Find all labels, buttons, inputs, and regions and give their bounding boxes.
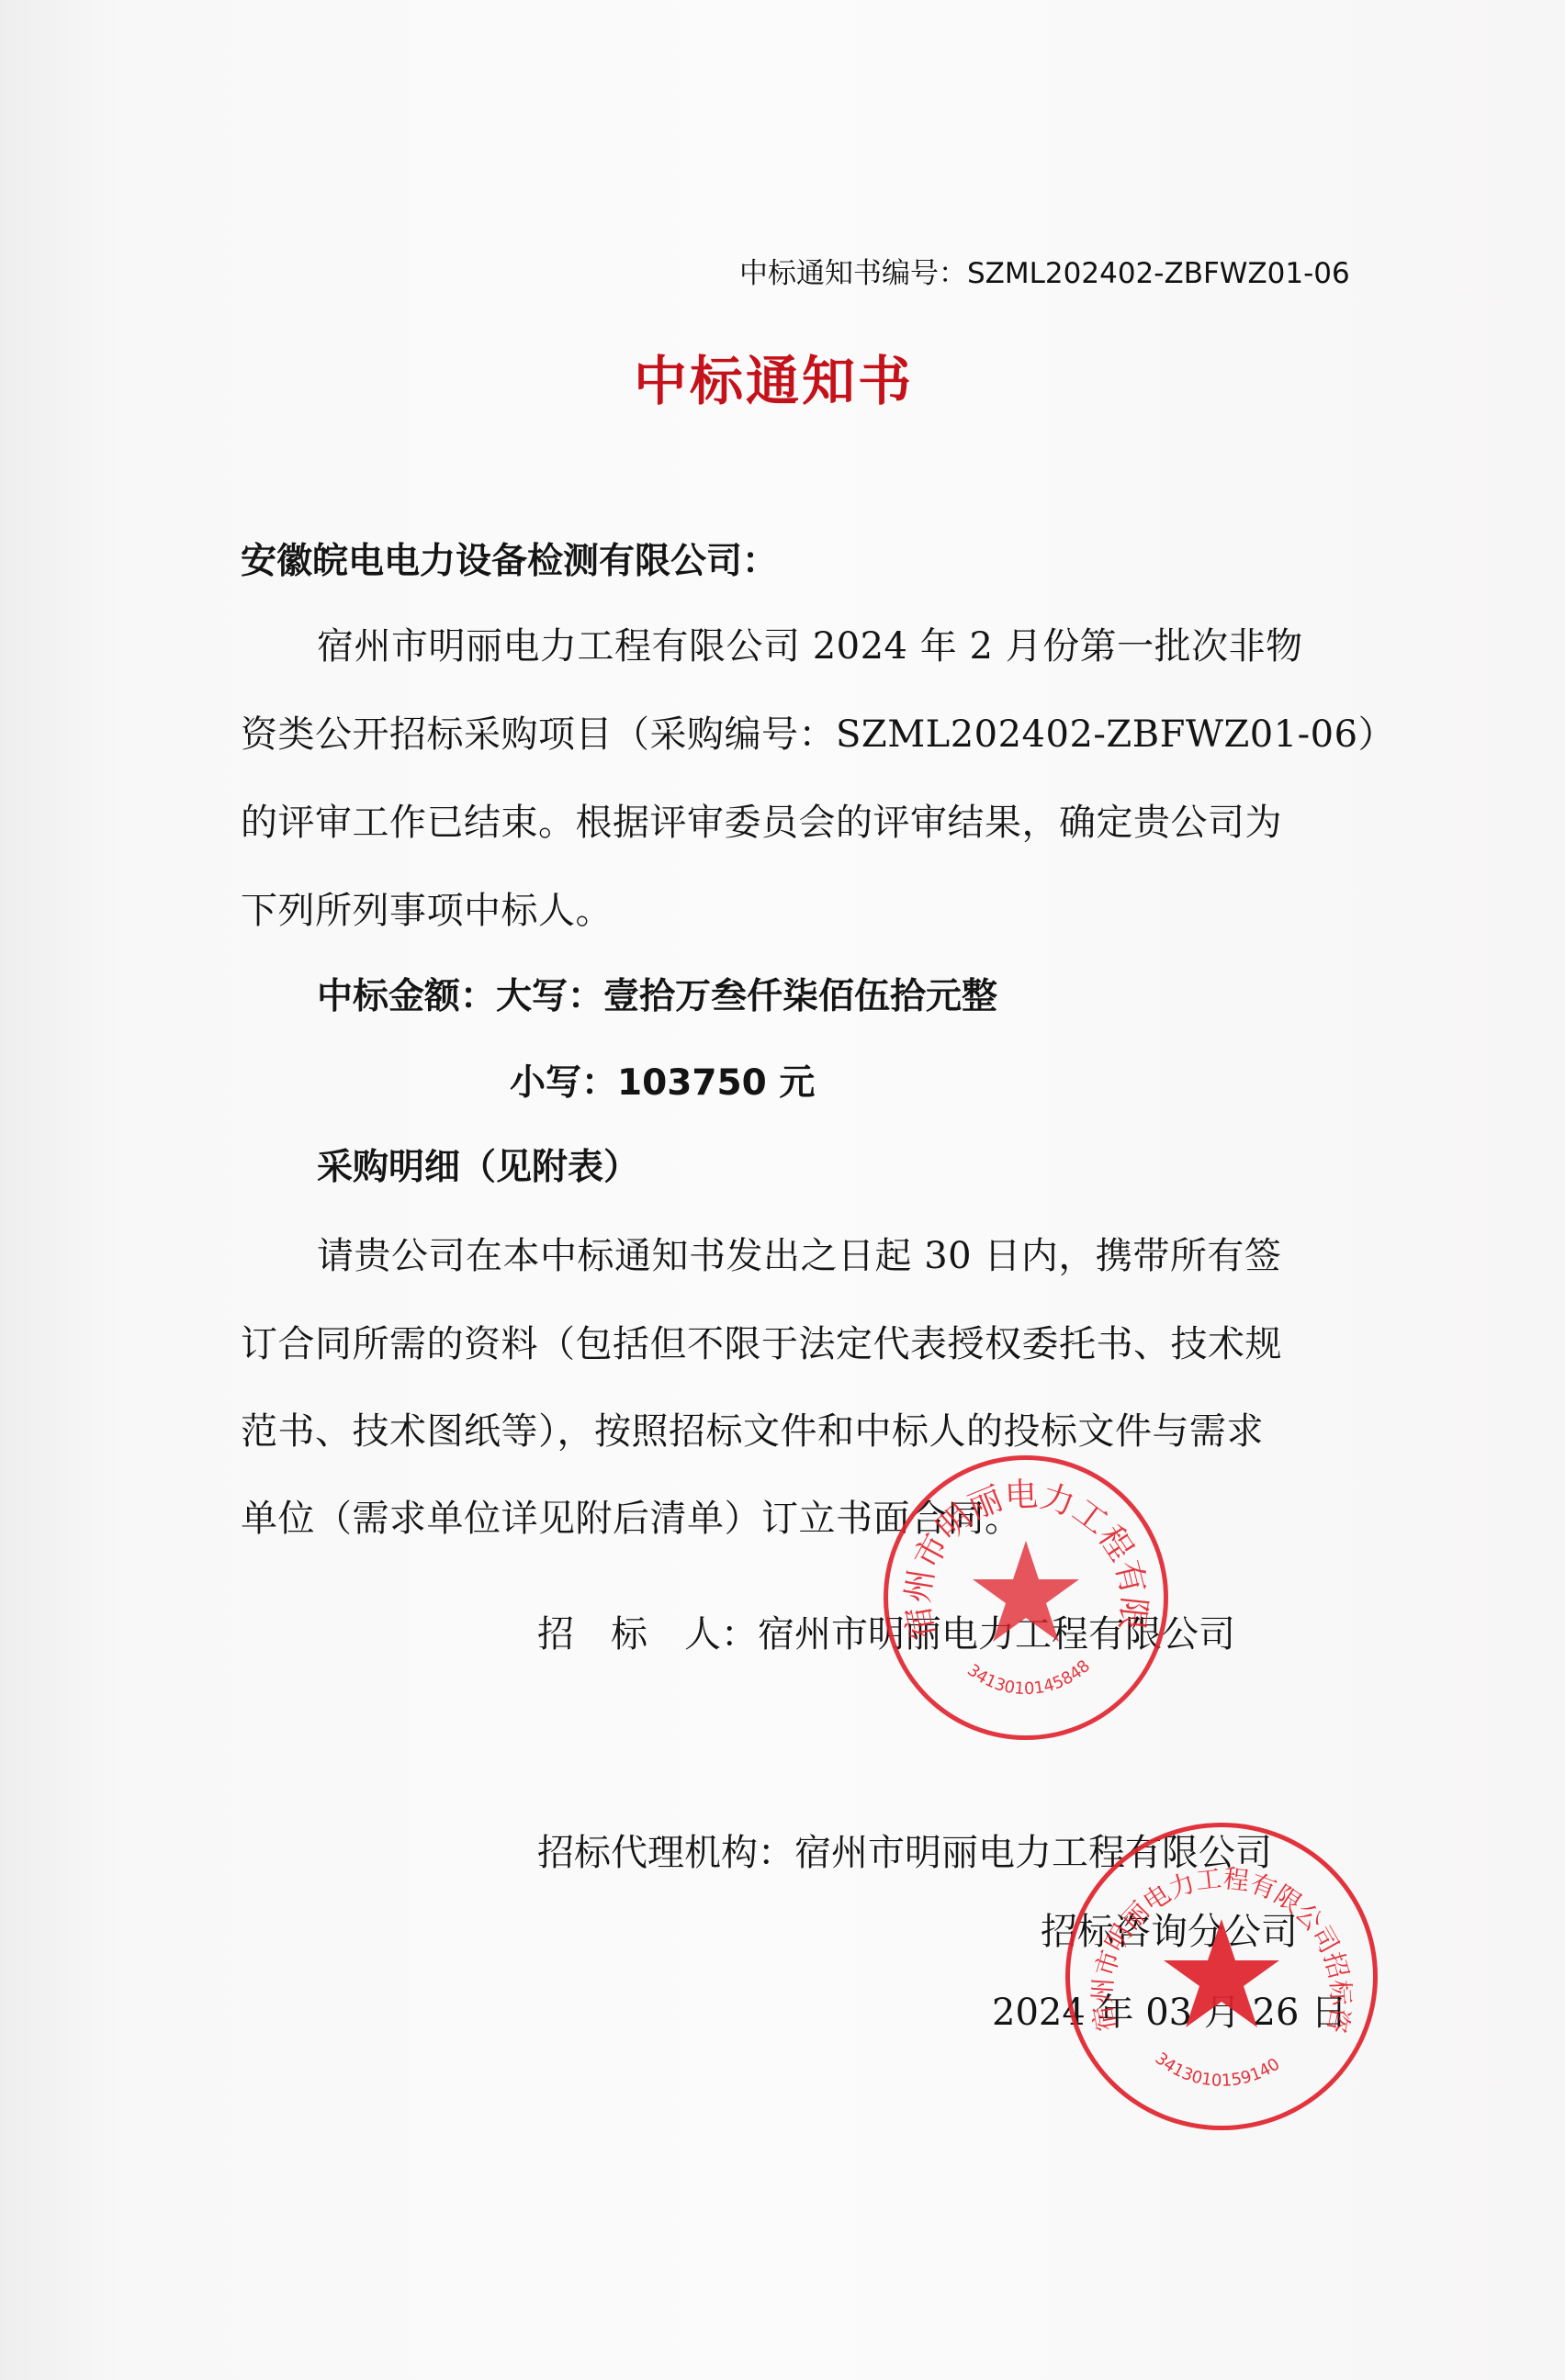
body-line: 的评审工作已结束。根据评审委员会的评审结果，确定贵公司为 bbox=[241, 793, 1282, 846]
seal-graphic-icon: 宿州市明丽电力工程有限公司 3413010145848 bbox=[888, 1460, 1164, 1735]
document-title: 中标通知书 bbox=[634, 338, 914, 415]
agency-seal: 宿州市明丽电力工程有限公司招标咨询分公司 3413010159140 bbox=[1065, 1823, 1378, 2130]
company-seal: 宿州市明丽电力工程有限公司 3413010145848 bbox=[884, 1455, 1168, 1740]
instruction-line: 订合同所需的资料（包括但不限于法定代表授权委托书、技术规 bbox=[241, 1315, 1282, 1367]
svg-text:3413010159140: 3413010159140 bbox=[1152, 2049, 1284, 2090]
procurement-detail: 采购明细（见附表） bbox=[317, 1139, 639, 1190]
instruction-line: 范书、技术图纸等），按照招标文件和中标人的投标文件与需求 bbox=[241, 1402, 1264, 1454]
bid-amount-upper: 中标金额：大写：壹拾万叁仟柒佰伍拾元整 bbox=[317, 968, 997, 1019]
document-page: 中标通知书编号：SZML202402-ZBFWZ01-06 中标通知书 安徽皖电… bbox=[0, 0, 1565, 2380]
notice-number: 中标通知书编号：SZML202402-ZBFWZ01-06 bbox=[739, 250, 1350, 291]
instruction-line: 请贵公司在本中标通知书发出之日起 30 日内，携带所有签 bbox=[317, 1227, 1281, 1279]
addressee: 安徽皖电电力设备检测有限公司： bbox=[241, 533, 778, 584]
seal-graphic-icon: 宿州市明丽电力工程有限公司招标咨询分公司 3413010159140 bbox=[1070, 1827, 1373, 2126]
body-line: 资类公开招标采购项目（采购编号：SZML202402-ZBFWZ01-06） bbox=[241, 705, 1395, 758]
svg-text:3413010145848: 3413010145848 bbox=[963, 1656, 1094, 1699]
body-line: 宿州市明丽电力工程有限公司 2024 年 2 月份第一批次非物 bbox=[317, 617, 1303, 669]
body-line: 下列所列事项中标人。 bbox=[241, 881, 613, 934]
bid-amount-lower: 小写：103750 元 bbox=[510, 1054, 815, 1106]
